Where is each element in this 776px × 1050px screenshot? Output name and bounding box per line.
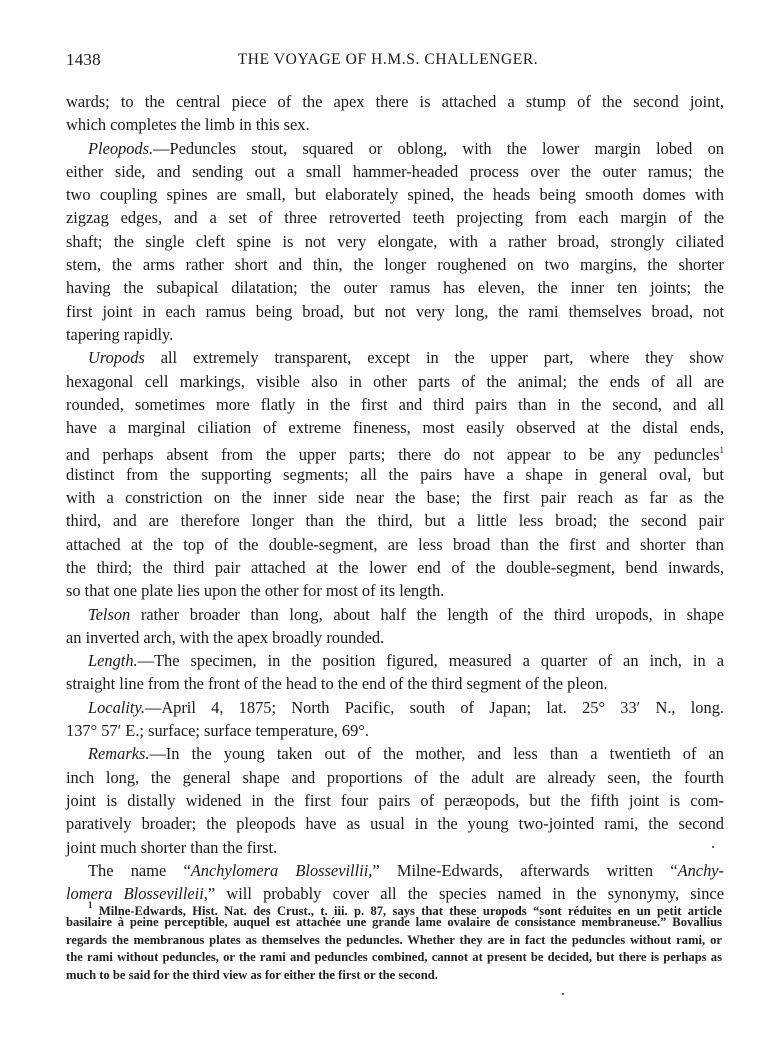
footnote-line: regards the membranous plates as themsel… <box>66 932 722 949</box>
body-line: which completes the limb in this sex. <box>66 113 724 136</box>
section-lead: Pleopods. <box>88 139 153 158</box>
footnote-line: the rami without peduncles, or the rami … <box>66 949 722 966</box>
paragraph-telson: Telson rather broader than long, about h… <box>66 603 724 626</box>
paragraph-locality: Locality.—April 4, 1875; North Pacific, … <box>66 696 724 719</box>
footnote-ref: 1 <box>720 445 725 455</box>
body-text: wards; to the central piece of the apex … <box>66 90 724 905</box>
scan-speck <box>562 993 564 995</box>
paragraph-length: Length.—The specimen, in the position fi… <box>66 649 724 672</box>
paragraph-name: The name “Anchylomera Blossevillii,” Mil… <box>66 859 724 882</box>
section-lead: Remarks. <box>88 744 149 763</box>
body-line: two coupling spines are small, but elabo… <box>66 183 724 206</box>
body-line: paratively broader; the pleopods have as… <box>66 812 724 835</box>
body-line: wards; to the central piece of the apex … <box>66 90 724 113</box>
body-line: stem, the arms rather short and thin, th… <box>66 253 724 276</box>
body-line: either side, and sending out a small ham… <box>66 160 724 183</box>
species-name: Anchylomera Blossevillii, <box>191 861 373 880</box>
section-lead: Telson <box>88 605 130 624</box>
body-line: joint much shorter than the first. <box>66 836 724 859</box>
body-line: with a constriction on the inner side ne… <box>66 486 724 509</box>
section-lead: Uropods <box>88 348 145 367</box>
body-line: an inverted arch, with the apex broadly … <box>66 626 724 649</box>
body-line: having the subapical dilatation; the out… <box>66 276 724 299</box>
footnotes: 1 Milne-Edwards, Hist. Nat. des Crust., … <box>66 897 722 984</box>
body-line: tapering rapidly. <box>66 323 724 346</box>
body-line: hexagonal cell markings, visible also in… <box>66 370 724 393</box>
body-line: straight line from the front of the head… <box>66 672 724 695</box>
species-name: Anchy- <box>678 861 724 880</box>
body-line: joint is distally widened in the first f… <box>66 789 724 812</box>
footnote-line: basilaire à peine perceptible, auquel es… <box>66 914 722 931</box>
body-line: so that one plate lies upon the other fo… <box>66 579 724 602</box>
body-line: distinct from the supporting segments; a… <box>66 463 724 486</box>
paragraph-uropods: Uropods all extremely transparent, excep… <box>66 346 724 369</box>
book-page: 1438 THE VOYAGE OF H.M.S. CHALLENGER. wa… <box>0 0 776 1050</box>
paragraph-remarks: Remarks.—In the young taken out of the m… <box>66 742 724 765</box>
body-line: third, and are therefore longer than the… <box>66 509 724 532</box>
body-line: shaft; the single cleft spine is not ver… <box>66 230 724 253</box>
scan-speck <box>712 846 714 848</box>
section-lead: Locality. <box>88 698 145 717</box>
running-title: THE VOYAGE OF H.M.S. CHALLENGER. <box>0 51 776 69</box>
body-line: the third; the third pair attached at th… <box>66 556 724 579</box>
body-line: and perhaps absent from the upper parts;… <box>66 439 724 462</box>
body-line: attached at the top of the double-segmen… <box>66 533 724 556</box>
footnote-line: much to be said for the third view as fo… <box>66 967 722 984</box>
footnote-line: 1 Milne-Edwards, Hist. Nat. des Crust., … <box>66 897 722 914</box>
paragraph-pleopods: Pleopods.—Peduncles stout, squared or ob… <box>66 137 724 160</box>
body-line: 137° 57′ E.; surface; surface temperatur… <box>66 719 724 742</box>
body-line: zigzag edges, and a set of three retrove… <box>66 206 724 229</box>
body-line: first joint in each ramus being broad, b… <box>66 300 724 323</box>
body-line: inch long, the general shape and proport… <box>66 766 724 789</box>
body-line: rounded, sometimes more flatly in the fi… <box>66 393 724 416</box>
section-lead: Length. <box>88 651 138 670</box>
body-line: have a marginal ciliation of extreme fin… <box>66 416 724 439</box>
